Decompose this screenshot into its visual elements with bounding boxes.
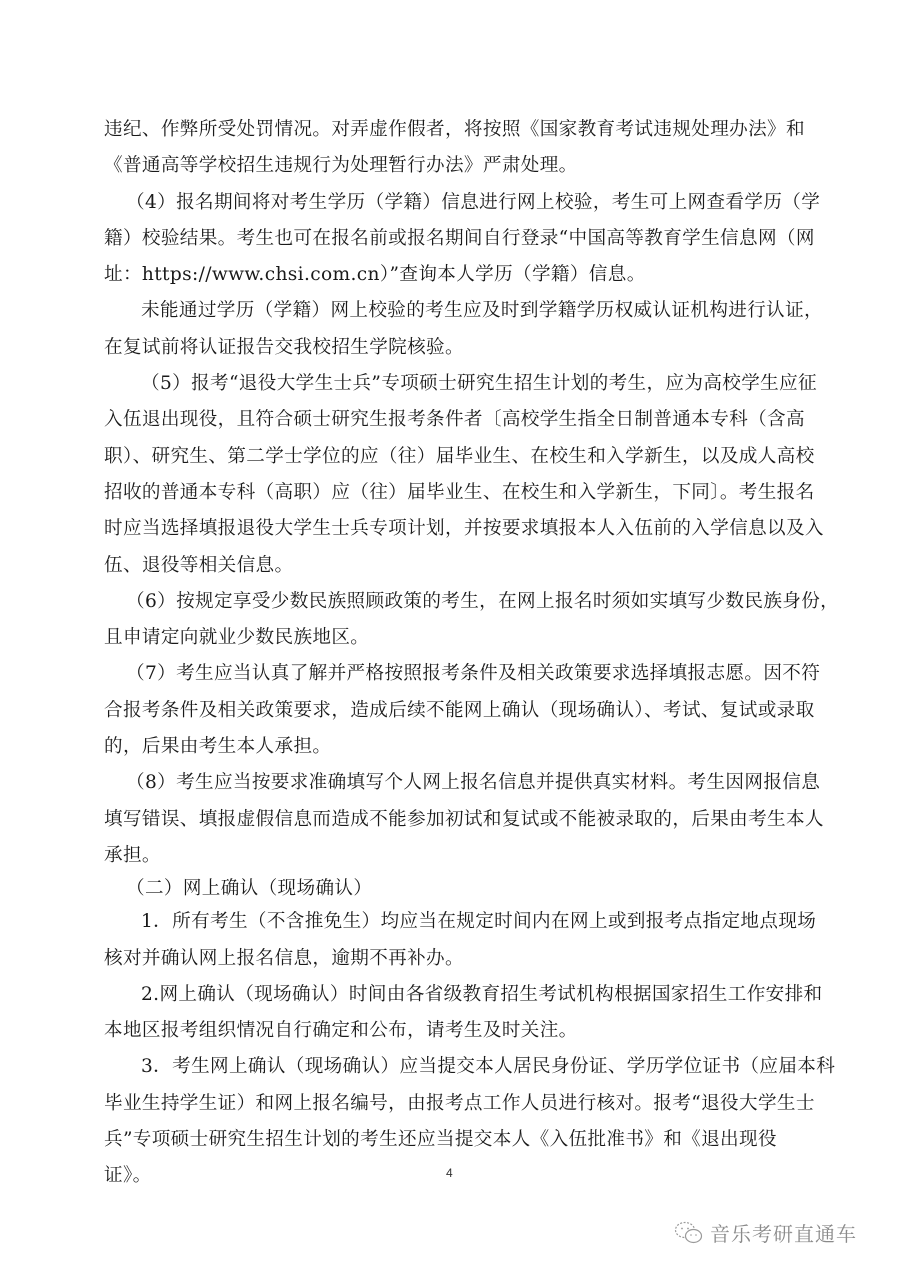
- text-line: 违纪、作弊所受处罚情况。对弄虚作假者，将按照《国家教育考试违规处理办法》和: [104, 112, 798, 148]
- section-heading: （二）网上确认（现场确认）: [104, 874, 798, 904]
- text-line: 兵”专项硕士研究生招生计划的考生还应当提交本人《入伍批准书》和《退出现役: [104, 1122, 798, 1158]
- text-line: 址：https://www.chsi.com.cn）”查询本人学历（学籍）信息。: [104, 257, 798, 293]
- text-line: 《普通高等学校招生违规行为处理暂行办法》严肃处理。: [104, 148, 798, 184]
- page-number: 4: [446, 1166, 453, 1180]
- text-line: 1．所有考生（不含推免生）均应当在规定时间内在网上或到报考点指定地点现场: [104, 904, 798, 940]
- text-line: （5）报考“退役大学生士兵”专项硕士研究生招生计划的考生，应为高校学生应征: [104, 366, 798, 402]
- text-line: 毕业生持学生证）和网上报名编号，由报考点工作人员进行核对。报考“退役大学生士: [104, 1086, 798, 1122]
- text-line: 在复试前将认证报告交我校招生学院核验。: [104, 330, 798, 366]
- text-line: 入伍退出现役，且符合硕士研究生报考条件者〔高校学生指全日制普通本专科（含高: [104, 402, 798, 438]
- text-line: 合报考条件及相关政策要求，造成后续不能网上确认（现场确认）、考试、复试或录取: [104, 693, 798, 729]
- text-line: （4）报名期间将对考生学历（学籍）信息进行网上校验，考生可上网查看学历（学: [104, 185, 798, 221]
- document-page: 违纪、作弊所受处罚情况。对弄虚作假者，将按照《国家教育考试违规处理办法》和 《普…: [104, 112, 798, 1195]
- text-line: 未能通过学历（学籍）网上校验的考生应及时到学籍学历权威认证机构进行认证，: [104, 293, 798, 329]
- text-line: 填写错误、填报虚假信息而造成不能参加初试和复试或不能被录取的，后果由考生本人: [104, 802, 798, 838]
- text-line: 且申请定向就业少数民族地区。: [104, 620, 798, 656]
- text-line: 职）、研究生、第二学士学位的应（往）届毕业生、在校生和入学新生，以及成人高校: [104, 439, 798, 475]
- text-line: 本地区报考组织情况自行确定和公布，请考生及时关注。: [104, 1013, 798, 1049]
- text-line: 2.网上确认（现场确认）时间由各省级教育招生考试机构根据国家招生工作安排和: [104, 977, 798, 1013]
- text-line: （7）考生应当认真了解并严格按照报考条件及相关政策要求选择填报志愿。因不符: [104, 656, 798, 692]
- text-line: 承担。: [104, 838, 798, 874]
- text-line: （6）按规定享受少数民族照顾政策的考生，在网上报名时须如实填写少数民族身份，: [104, 584, 798, 620]
- text-line: 核对并确认网上报名信息，逾期不再补办。: [104, 941, 798, 977]
- wechat-icon: [674, 1221, 704, 1245]
- watermark-text: 音乐考研直通车: [710, 1218, 857, 1247]
- text-line: 籍）校验结果。考生也可在报名前或报名期间自行登录“中国高等教育学生信息网（网: [104, 221, 798, 257]
- text-line: 伍、退役等相关信息。: [104, 548, 798, 584]
- text-line: 时应当选择填报退役大学生士兵专项计划，并按要求填报本人入伍前的入学信息以及入: [104, 511, 798, 547]
- text-line: 招收的普通本专科（高职）应（往）届毕业生、在校生和入学新生，下同〕。考生报名: [104, 475, 798, 511]
- watermark: 音乐考研直通车: [674, 1218, 857, 1247]
- text-line: （8）考生应当按要求准确填写个人网上报名信息并提供真实材料。考生因网报信息: [104, 765, 798, 801]
- text-line: 3．考生网上确认（现场确认）应当提交本人居民身份证、学历学位证书（应届本科: [104, 1049, 798, 1085]
- text-line: 的，后果由考生本人承担。: [104, 729, 798, 765]
